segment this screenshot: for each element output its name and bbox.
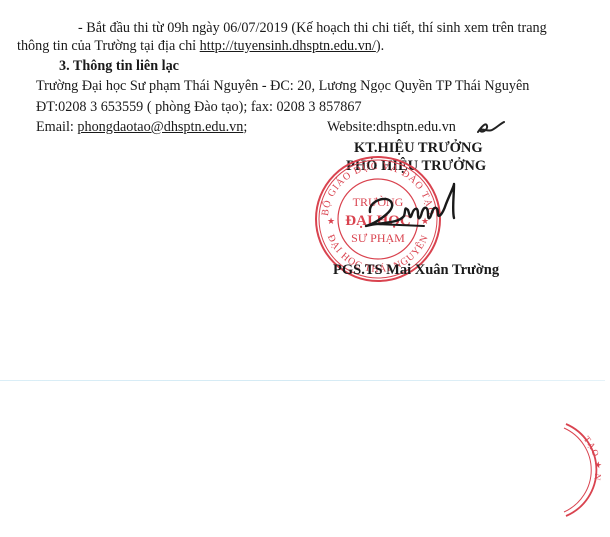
exam-start-text: - Bắt đầu thi từ 09h ngày 06/07/2019 (Kế… <box>78 20 547 36</box>
handwritten-signature-icon <box>360 180 480 240</box>
admissions-link[interactable]: http://tuyensinh.dhsptn.edu.vn/ <box>200 38 376 54</box>
phone-line: ĐT:0208 3 653559 ( phòng Đào tạo); fax: … <box>36 99 362 116</box>
email-link[interactable]: phongdaotao@dhsptn.edu.vn <box>77 119 243 135</box>
exam-info-suffix: ). <box>376 38 384 54</box>
exam-info-line: thông tin của Trường tại địa chỉ http://… <box>17 38 384 55</box>
svg-text:★: ★ <box>327 217 335 227</box>
website-line: Website:dhsptn.edu.vn <box>327 119 456 136</box>
svg-text:TẠO ★ N: TẠO ★ N <box>582 434 604 482</box>
exam-start-line: - Bắt đầu thi từ 09h ngày 06/07/2019 (Kế… <box>78 20 547 37</box>
email-line: Email: phongdaotao@dhsptn.edu.vn; <box>36 119 247 136</box>
initials-mark-icon <box>476 118 506 138</box>
address-line: Trường Đại học Sư phạm Thái Nguyên - ĐC:… <box>36 78 529 95</box>
section-heading: 3. Thông tin liên lạc <box>59 58 179 75</box>
email-label: Email: <box>36 119 77 135</box>
exam-info-text: thông tin của Trường tại địa chỉ <box>17 38 200 54</box>
email-suffix: ; <box>243 119 247 135</box>
page-divider <box>0 380 605 381</box>
signer-name: PGS.TS Mai Xuân Trường <box>333 262 499 279</box>
partial-stamp-icon: TẠO ★ N <box>560 420 610 520</box>
